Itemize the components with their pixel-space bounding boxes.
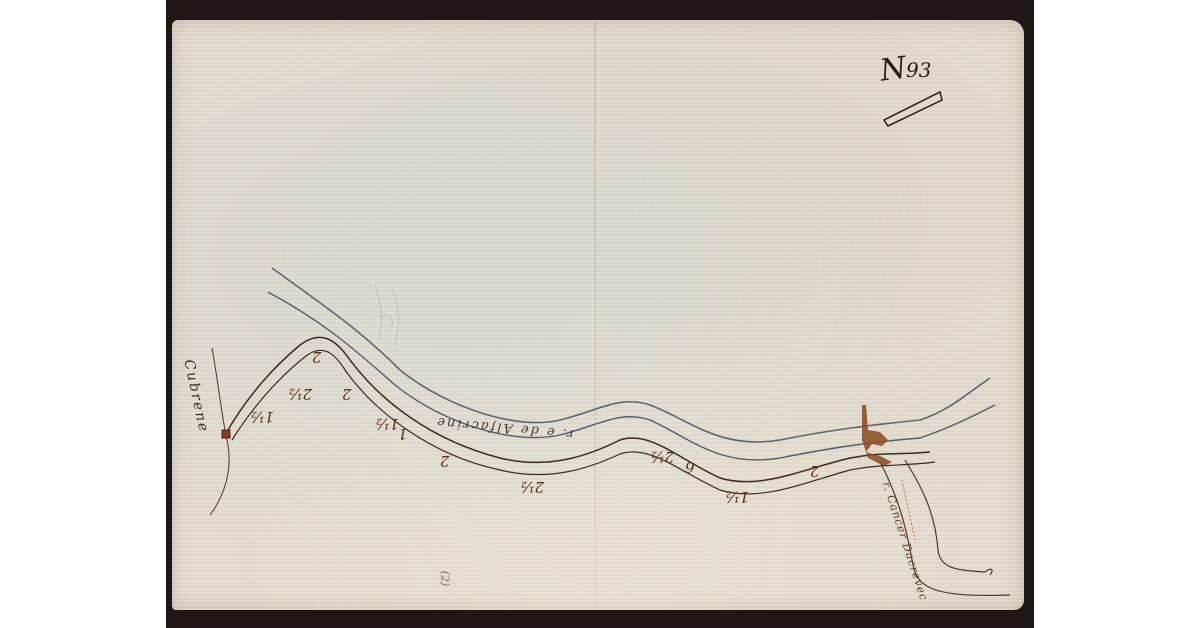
- sounding-label: 2: [342, 385, 352, 403]
- river-bank-south: [225, 337, 930, 481]
- sounding-label: 2½: [288, 385, 312, 403]
- folio-underline: [884, 92, 942, 126]
- sounding-label: 2: [810, 462, 820, 480]
- sounding-label: 1½: [375, 415, 399, 433]
- folio-mark: N: [878, 50, 909, 88]
- pencil-sketch: [375, 285, 398, 345]
- sounding-label: 2: [312, 348, 322, 366]
- sounding-label: 1½: [250, 408, 274, 426]
- folio-number: 93: [906, 58, 931, 82]
- river-map-drawing: [0, 0, 1200, 628]
- sounding-label: 1: [398, 425, 408, 443]
- sounding-label: 6: [685, 458, 695, 476]
- sounding-label: 1½: [725, 488, 749, 506]
- ink-stain: [862, 405, 892, 466]
- origin-marker: [222, 430, 230, 438]
- river-bank-south-inner: [232, 350, 935, 494]
- river-bank-north-inner: [268, 292, 995, 460]
- sounding-label: 2½: [520, 478, 544, 496]
- pencil-note: (2): [438, 571, 451, 587]
- tributary-bank-east: [905, 460, 992, 575]
- sounding-label: 2: [440, 452, 450, 470]
- sounding-label: 2½: [650, 448, 674, 466]
